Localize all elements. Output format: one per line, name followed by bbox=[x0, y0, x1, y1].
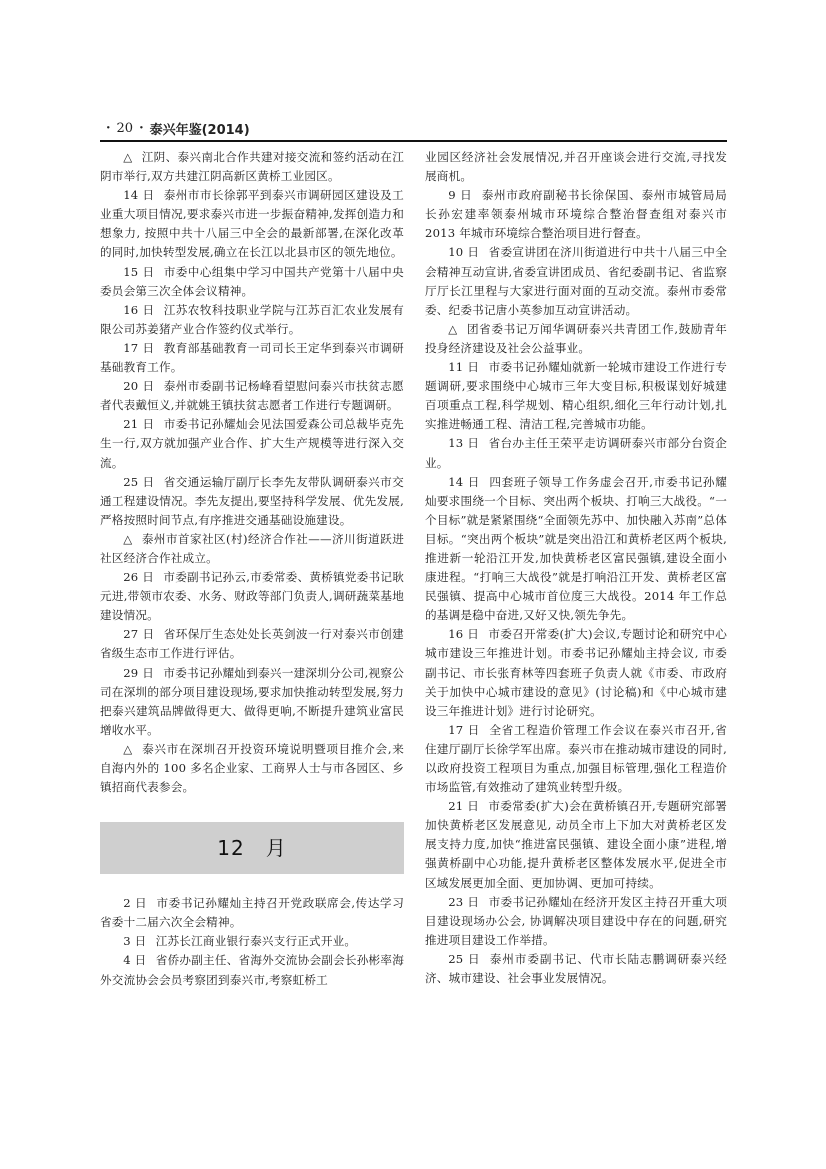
entry-date: 2 日 bbox=[123, 896, 147, 910]
chronicle-entry: 13 日省台办主任王荣平走访调研泰兴市部分台资企业。 bbox=[425, 434, 727, 472]
entry-date: 14 日 bbox=[123, 188, 154, 202]
entry-date: 20 日 bbox=[123, 379, 154, 393]
chronicle-entry: 21 日市委书记孙耀灿会见法国爱森公司总裁毕克先生一行,双方就加强产业合作、扩大… bbox=[100, 415, 404, 472]
chronicle-entry: 29 日市委书记孙耀灿到泰兴一建深圳分公司,视察公司在深圳的部分项目建设现场,要… bbox=[100, 664, 404, 740]
entry-date: 11 日 bbox=[448, 360, 479, 374]
entry-date: 27 日 bbox=[123, 627, 154, 641]
running-header: · 20 · 泰兴年鉴(2014) bbox=[100, 116, 727, 140]
right-column: 业园区经济社会发展情况,并召开座谈会进行交流,寻找发展商机。 9 日泰州市政府副… bbox=[425, 148, 727, 988]
chronicle-entry: 27 日省环保厅生态处处长英剑波一行对泰兴市创建省级生态市工作进行评估。 bbox=[100, 625, 404, 663]
chronicle-entry: 10 日省委宣讲团在济川街道进行中共十八届三中全会精神互动宣讲,省委宣讲团成员、… bbox=[425, 243, 727, 319]
entry-date: 9 日 bbox=[448, 188, 472, 202]
month-heading: 12 月 bbox=[100, 822, 404, 874]
chronicle-entry: △泰州市首家社区(村)经济合作社——济川街道跃进社区经济合作社成立。 bbox=[100, 530, 404, 568]
entry-date: 10 日 bbox=[448, 245, 479, 259]
entry-date: 25 日 bbox=[123, 475, 154, 489]
chronicle-entry: 17 日全省工程造价管理工作会议在泰兴市召开,省住建厅副厅长徐学军出席。泰兴市在… bbox=[425, 721, 727, 797]
entry-date: △ bbox=[123, 532, 132, 546]
chronicle-entry: 16 日江苏农牧科技职业学院与江苏百汇农业发展有限公司苏姜猪产业合作签约仪式举行… bbox=[100, 301, 404, 339]
header-rule bbox=[100, 140, 727, 142]
entry-date: △ bbox=[123, 742, 133, 756]
chronicle-entry: 11 日市委书记孙耀灿就新一轮城市建设工作进行专题调研,要求围绕中心城市三年大变… bbox=[425, 358, 727, 434]
chronicle-entry: 23 日市委书记孙耀灿在经济开发区主持召开重大项目建设现场办公会, 协调解决项目… bbox=[425, 893, 727, 950]
entry-date: 26 日 bbox=[123, 570, 154, 584]
chronicle-entry: 3 日江苏长江商业银行泰兴支行正式开业。 bbox=[100, 932, 404, 951]
entry-date: 21 日 bbox=[448, 799, 479, 813]
chronicle-entry: 9 日泰州市政府副秘书长徐保国、泰州市城管局局长孙宏建率领泰州城市环境综合整治督… bbox=[425, 186, 727, 243]
entry-date: 25 日 bbox=[448, 952, 480, 966]
entry-date: 17 日 bbox=[448, 723, 480, 737]
entries-november: △江阴、泰兴南北合作共建对接交流和签约活动在江阴市举行,双方共建江阴高新区黄桥工… bbox=[100, 148, 404, 797]
entry-date: 23 日 bbox=[448, 895, 479, 909]
chronicle-entry: 16 日市委召开常委(扩大)会议,专题讨论和研究中心城市建设三年推进计划。市委书… bbox=[425, 625, 727, 720]
entries-december: 2 日市委书记孙耀灿主持召开党政联席会,传达学习省委十二届六次全会精神。3 日江… bbox=[100, 894, 404, 989]
chronicle-entry: 2 日市委书记孙耀灿主持召开党政联席会,传达学习省委十二届六次全会精神。 bbox=[100, 894, 404, 932]
entry-text: 江阴、泰兴南北合作共建对接交流和签约活动在江阴市举行,双方共建江阴高新区黄桥工业… bbox=[100, 150, 404, 183]
chronicle-entry: 14 日四套班子领导工作务虚会召开,市委书记孙耀灿要求围绕一个目标、突出两个板块… bbox=[425, 473, 727, 626]
separator-dot: · bbox=[106, 121, 111, 136]
book-title: 泰兴年鉴(2014) bbox=[150, 119, 250, 138]
chronicle-entry: 14 日泰州市市长徐郭平到泰兴市调研园区建设及工业重大项目情况,要求泰兴市进一步… bbox=[100, 186, 404, 262]
chronicle-entry: 4 日省侨办副主任、省海外交流协会副会长孙彬率海外交流协会会员考察团到泰兴市,考… bbox=[100, 951, 404, 989]
entries-december-cont: 9 日泰州市政府副秘书长徐保国、泰州市城管局局长孙宏建率领泰州城市环境综合整治督… bbox=[425, 186, 727, 988]
page-number: 20 bbox=[117, 121, 134, 136]
chronicle-entry: △泰兴市在深圳召开投资环境说明暨项目推介会,来自海内外的 100 多名企业家、工… bbox=[100, 740, 404, 797]
left-column: △江阴、泰兴南北合作共建对接交流和签约活动在江阴市举行,双方共建江阴高新区黄桥工… bbox=[100, 148, 404, 990]
entry-date: △ bbox=[448, 322, 458, 336]
entry-text: 四套班子领导工作务虚会召开,市委书记孙耀灿要求围绕一个目标、突出两个板块、打响三… bbox=[425, 475, 727, 623]
entry-date: △ bbox=[123, 150, 132, 164]
chronicle-entry: 20 日泰州市委副书记杨峰看望慰问泰兴市扶贫志愿者代表戴恒义,并就姚王镇扶贫志愿… bbox=[100, 377, 404, 415]
continued-paragraph: 业园区经济社会发展情况,并召开座谈会进行交流,寻找发展商机。 bbox=[425, 148, 727, 186]
entry-date: 21 日 bbox=[123, 417, 154, 431]
chronicle-entry: 25 日泰州市委副书记、代市长陆志鹏调研泰兴经济、城市建设、社会事业发展情况。 bbox=[425, 950, 727, 988]
chronicle-entry: △江阴、泰兴南北合作共建对接交流和签约活动在江阴市举行,双方共建江阴高新区黄桥工… bbox=[100, 148, 404, 186]
chronicle-entry: 26 日市委副书记孙云,市委常委、黄桥镇党委书记耿元进,带领市农委、水务、财政等… bbox=[100, 568, 404, 625]
entry-date: 16 日 bbox=[123, 303, 154, 317]
entry-date: 4 日 bbox=[123, 953, 146, 967]
entry-text: 团省委书记万闻华调研泰兴共青团工作,鼓励青年投身经济建设及社会公益事业。 bbox=[425, 322, 727, 355]
entry-date: 17 日 bbox=[123, 341, 154, 355]
separator-dot: · bbox=[139, 121, 144, 136]
entry-text: 江苏长江商业银行泰兴支行正式开业。 bbox=[156, 934, 357, 948]
entry-date: 15 日 bbox=[123, 265, 154, 279]
entry-date: 16 日 bbox=[448, 627, 479, 641]
chronicle-entry: 17 日教育部基础教育一司司长王定华到泰兴市调研基础教育工作。 bbox=[100, 339, 404, 377]
chronicle-entry: 21 日市委常委(扩大)会在黄桥镇召开,专题研究部署加快黄桥老区发展意见, 动员… bbox=[425, 797, 727, 892]
entry-date: 29 日 bbox=[123, 666, 154, 680]
chronicle-entry: △团省委书记万闻华调研泰兴共青团工作,鼓励青年投身经济建设及社会公益事业。 bbox=[425, 320, 727, 358]
entry-date: 13 日 bbox=[448, 436, 479, 450]
entry-text: 泰兴市在深圳召开投资环境说明暨项目推介会,来自海内外的 100 多名企业家、工商… bbox=[100, 742, 404, 794]
chronicle-entry: 25 日省交通运输厅副厅长李先友带队调研泰兴市交通工程建设情况。李先友提出,要坚… bbox=[100, 473, 404, 530]
entry-text: 泰州市首家社区(村)经济合作社——济川街道跃进社区经济合作社成立。 bbox=[100, 532, 404, 565]
entry-date: 3 日 bbox=[123, 934, 146, 948]
entry-date: 14 日 bbox=[448, 475, 480, 489]
chronicle-entry: 15 日市委中心组集中学习中国共产党第十八届中央委员会第三次全体会议精神。 bbox=[100, 263, 404, 301]
